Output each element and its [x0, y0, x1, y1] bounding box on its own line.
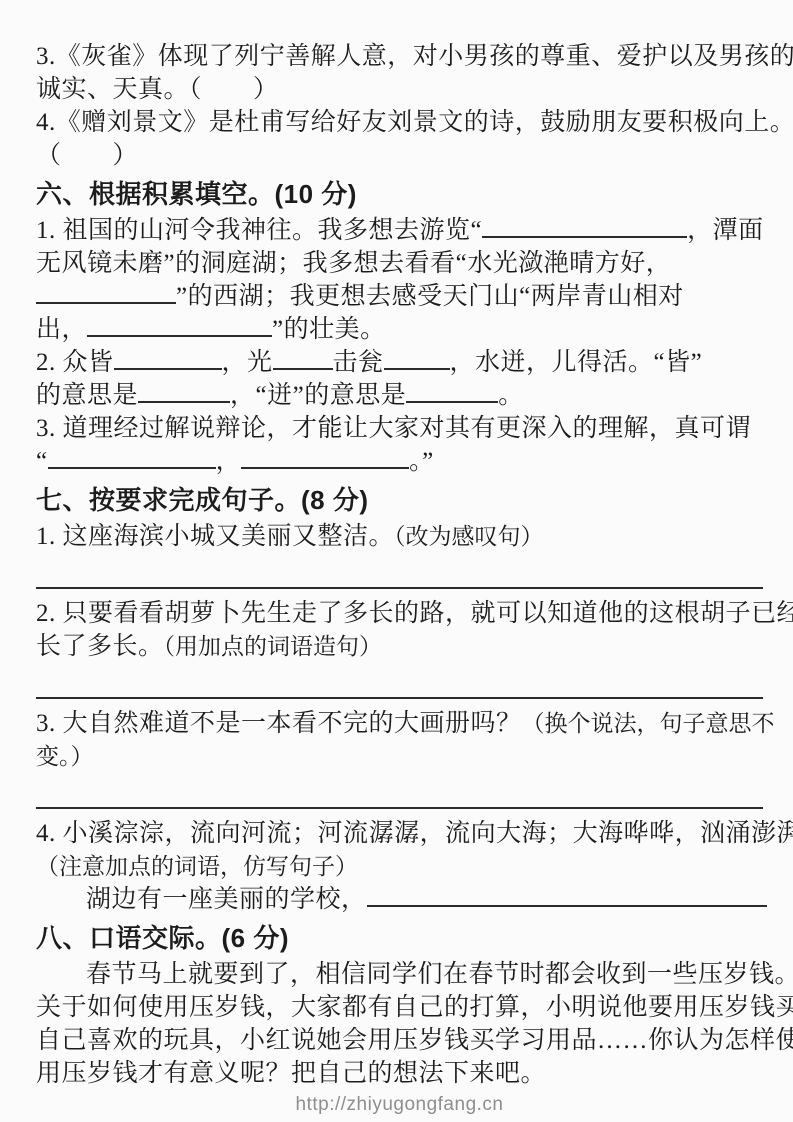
text-segment: ，流向大海；大海	[420, 820, 624, 847]
text-segment: 1. 祖国的山河令我神往。我多想去游览“	[36, 217, 482, 244]
text-segment: 出，	[36, 316, 87, 343]
text-line: 诚实、天真。（ ）	[36, 73, 763, 106]
text-segment: 就	[471, 600, 497, 627]
emphasized-char: 哗	[624, 817, 650, 850]
text-segment: 击瓮	[333, 349, 384, 376]
fill-in-blank[interactable]	[48, 446, 216, 469]
text-line: 湖边有一座美丽的学校，	[36, 883, 763, 916]
fill-in-blank[interactable]	[241, 446, 409, 469]
text-segment: ”的壮美。	[272, 316, 386, 343]
text-line: 无风镜未磨”的洞庭湖；我多想去看看“水光潋滟晴方好，	[36, 247, 763, 280]
text-line: 的意思是，“迸”的意思是。	[36, 379, 763, 412]
emphasized-char: 潺	[369, 817, 395, 850]
text-line: 春节马上就要到了，相信同学们在春节时都会收到一些压岁钱。	[36, 958, 763, 991]
fill-in-blank[interactable]	[114, 347, 222, 370]
answer-line[interactable]	[36, 697, 763, 699]
text-segment: ，汹涌澎湃。	[675, 820, 793, 847]
text-segment: 。	[498, 382, 524, 409]
text-segment: 用压岁钱才有意义呢？把自己的想法下来吧。	[36, 1060, 546, 1087]
text-segment: 诚实、天真。（ ）	[36, 76, 279, 103]
text-segment: （注意加点的词语，仿写句子）	[36, 854, 358, 879]
answer-line[interactable]	[36, 807, 763, 809]
exam-content: 3.《灰雀》体现了列宁善解人意，对小男孩的尊重、爱护以及男孩的诚实、天真。（ ）…	[36, 40, 763, 1090]
text-segment: 只要	[63, 600, 114, 627]
text-line: 2. 众皆，光击瓮，水迸，儿得活。“皆”	[36, 346, 763, 379]
text-line: 3. 道理经过解说辩论，才能让大家对其有更深入的理解，真可谓	[36, 412, 763, 445]
section-heading: 八、口语交际。(6 分)	[36, 920, 763, 956]
text-segment: 淙淙	[114, 820, 165, 847]
text-segment: 4. 小溪	[36, 820, 114, 847]
fill-in-blank[interactable]	[87, 314, 272, 337]
text-line: （ ）	[36, 139, 763, 172]
text-segment: （用加点的词语造句）	[164, 634, 383, 659]
emphasized-char: 要	[88, 597, 114, 630]
text-segment: 2.	[36, 600, 63, 627]
text-line: 自己喜欢的玩具，小红说她会用压岁钱买学习用品……你认为怎样使	[36, 1024, 763, 1057]
fill-in-blank[interactable]	[273, 347, 333, 370]
emphasized-char: 淙	[114, 817, 140, 850]
text-segment: 的意思是	[36, 382, 138, 409]
text-line: 长了多长。（用加点的词语造句）	[36, 630, 763, 663]
text-segment: 4.《赠刘景文》是杜甫写给好友刘景文的诗，鼓励朋友要积极向上。	[36, 109, 793, 136]
text-segment: ，	[216, 448, 242, 475]
text-segment: 。”	[409, 448, 434, 475]
text-line: 1. 祖国的山河令我神往。我多想去游览“，潭面	[36, 214, 763, 247]
text-segment: （换个说法，句子意思不	[522, 711, 775, 736]
text-segment: “	[36, 448, 48, 475]
text-segment: （ ）	[36, 142, 138, 169]
text-segment: 1. 这座海滨小城又美丽又整洁。	[36, 523, 394, 550]
text-segment: 春节马上就要到了，相信同学们在春节时都会收到一些压岁钱。	[86, 961, 793, 988]
emphasized-char: 潺	[394, 817, 420, 850]
section-heading: 七、按要求完成句子。(8 分)	[36, 482, 763, 518]
text-line: 变。）	[36, 740, 763, 773]
text-segment: ，潭面	[687, 217, 764, 244]
text-line: 3. 大自然难道不是一本看不完的大画册吗？（换个说法，句子意思不	[36, 707, 763, 740]
text-segment: ”的西湖；我更想去感受天门山“两岸青山相对	[176, 283, 684, 310]
text-segment: 湖边有一座美丽的学校，	[86, 886, 367, 913]
text-segment: 长了多长。	[36, 633, 164, 660]
text-segment: 3. 道理经过解说辩论，才能让大家对其有更深入的理解，真可谓	[36, 415, 751, 442]
text-line: “，。”	[36, 445, 763, 478]
text-segment: 3.《灰雀》体现了列宁善解人意，对小男孩的尊重、爱护以及男孩的	[36, 43, 793, 70]
text-segment: 看看胡萝卜先生走了多长的路，	[114, 600, 471, 627]
text-segment: 潺潺	[369, 820, 420, 847]
fill-in-blank[interactable]	[367, 884, 767, 907]
text-segment: 2. 众皆	[36, 349, 114, 376]
text-line: 4. 小溪淙淙，流向河流；河流潺潺，流向大海；大海哗哗，汹涌澎湃。	[36, 817, 763, 850]
emphasized-char: 就	[471, 597, 497, 630]
text-segment: 哗哗	[624, 820, 675, 847]
text-line: 1. 这座海滨小城又美丽又整洁。（改为感叹句）	[36, 520, 763, 553]
exam-page: 3.《灰雀》体现了列宁善解人意，对小男孩的尊重、爱护以及男孩的诚实、天真。（ ）…	[0, 0, 793, 1122]
text-segment: ，水迸，儿得活。“皆”	[450, 349, 703, 376]
footer-url: http://zhiyugongfang.cn	[36, 1094, 763, 1116]
text-segment: 无风镜未磨”的洞庭湖；我多想去看看“水光潋滟晴方好，	[36, 250, 671, 277]
fill-in-blank[interactable]	[482, 215, 687, 238]
text-segment: （改为感叹句）	[394, 524, 544, 549]
answer-line[interactable]	[36, 587, 763, 589]
text-line: 关于如何使用压岁钱，大家都有自己的打算，小明说他要用压岁钱买	[36, 991, 763, 1024]
text-line: （注意加点的词语，仿写句子）	[36, 850, 763, 883]
emphasized-char: 哗	[649, 817, 675, 850]
text-segment: 变。）	[36, 744, 94, 769]
text-segment: ，“迸”的意思是	[230, 382, 406, 409]
text-segment: 关于如何使用压岁钱，大家都有自己的打算，小明说他要用压岁钱买	[36, 994, 793, 1021]
text-segment: ，流向河流；河流	[165, 820, 369, 847]
text-segment: 3. 大自然难道不是一本看不完的大画册吗？	[36, 710, 522, 737]
text-segment: 自己喜欢的玩具，小红说她会用压岁钱买学习用品……你认为怎样使	[36, 1027, 793, 1054]
emphasized-char: 只	[63, 597, 89, 630]
fill-in-blank[interactable]	[138, 380, 230, 403]
text-line: ”的西湖；我更想去感受天门山“两岸青山相对	[36, 280, 763, 313]
text-line: 出，”的壮美。	[36, 313, 763, 346]
section-heading: 六、根据积累填空。(10 分)	[36, 176, 763, 212]
fill-in-blank[interactable]	[406, 380, 498, 403]
text-line: 3.《灰雀》体现了列宁善解人意，对小男孩的尊重、爱护以及男孩的	[36, 40, 763, 73]
fill-in-blank[interactable]	[36, 281, 176, 304]
text-segment: 可以知道他的这根胡子已经	[496, 600, 793, 627]
emphasized-char: 淙	[139, 817, 165, 850]
text-line: 4.《赠刘景文》是杜甫写给好友刘景文的诗，鼓励朋友要积极向上。	[36, 106, 763, 139]
text-segment: ，光	[222, 349, 273, 376]
fill-in-blank[interactable]	[384, 347, 450, 370]
text-line: 用压岁钱才有意义呢？把自己的想法下来吧。	[36, 1057, 763, 1090]
text-line: 2. 只要看看胡萝卜先生走了多长的路，就可以知道他的这根胡子已经	[36, 597, 763, 630]
